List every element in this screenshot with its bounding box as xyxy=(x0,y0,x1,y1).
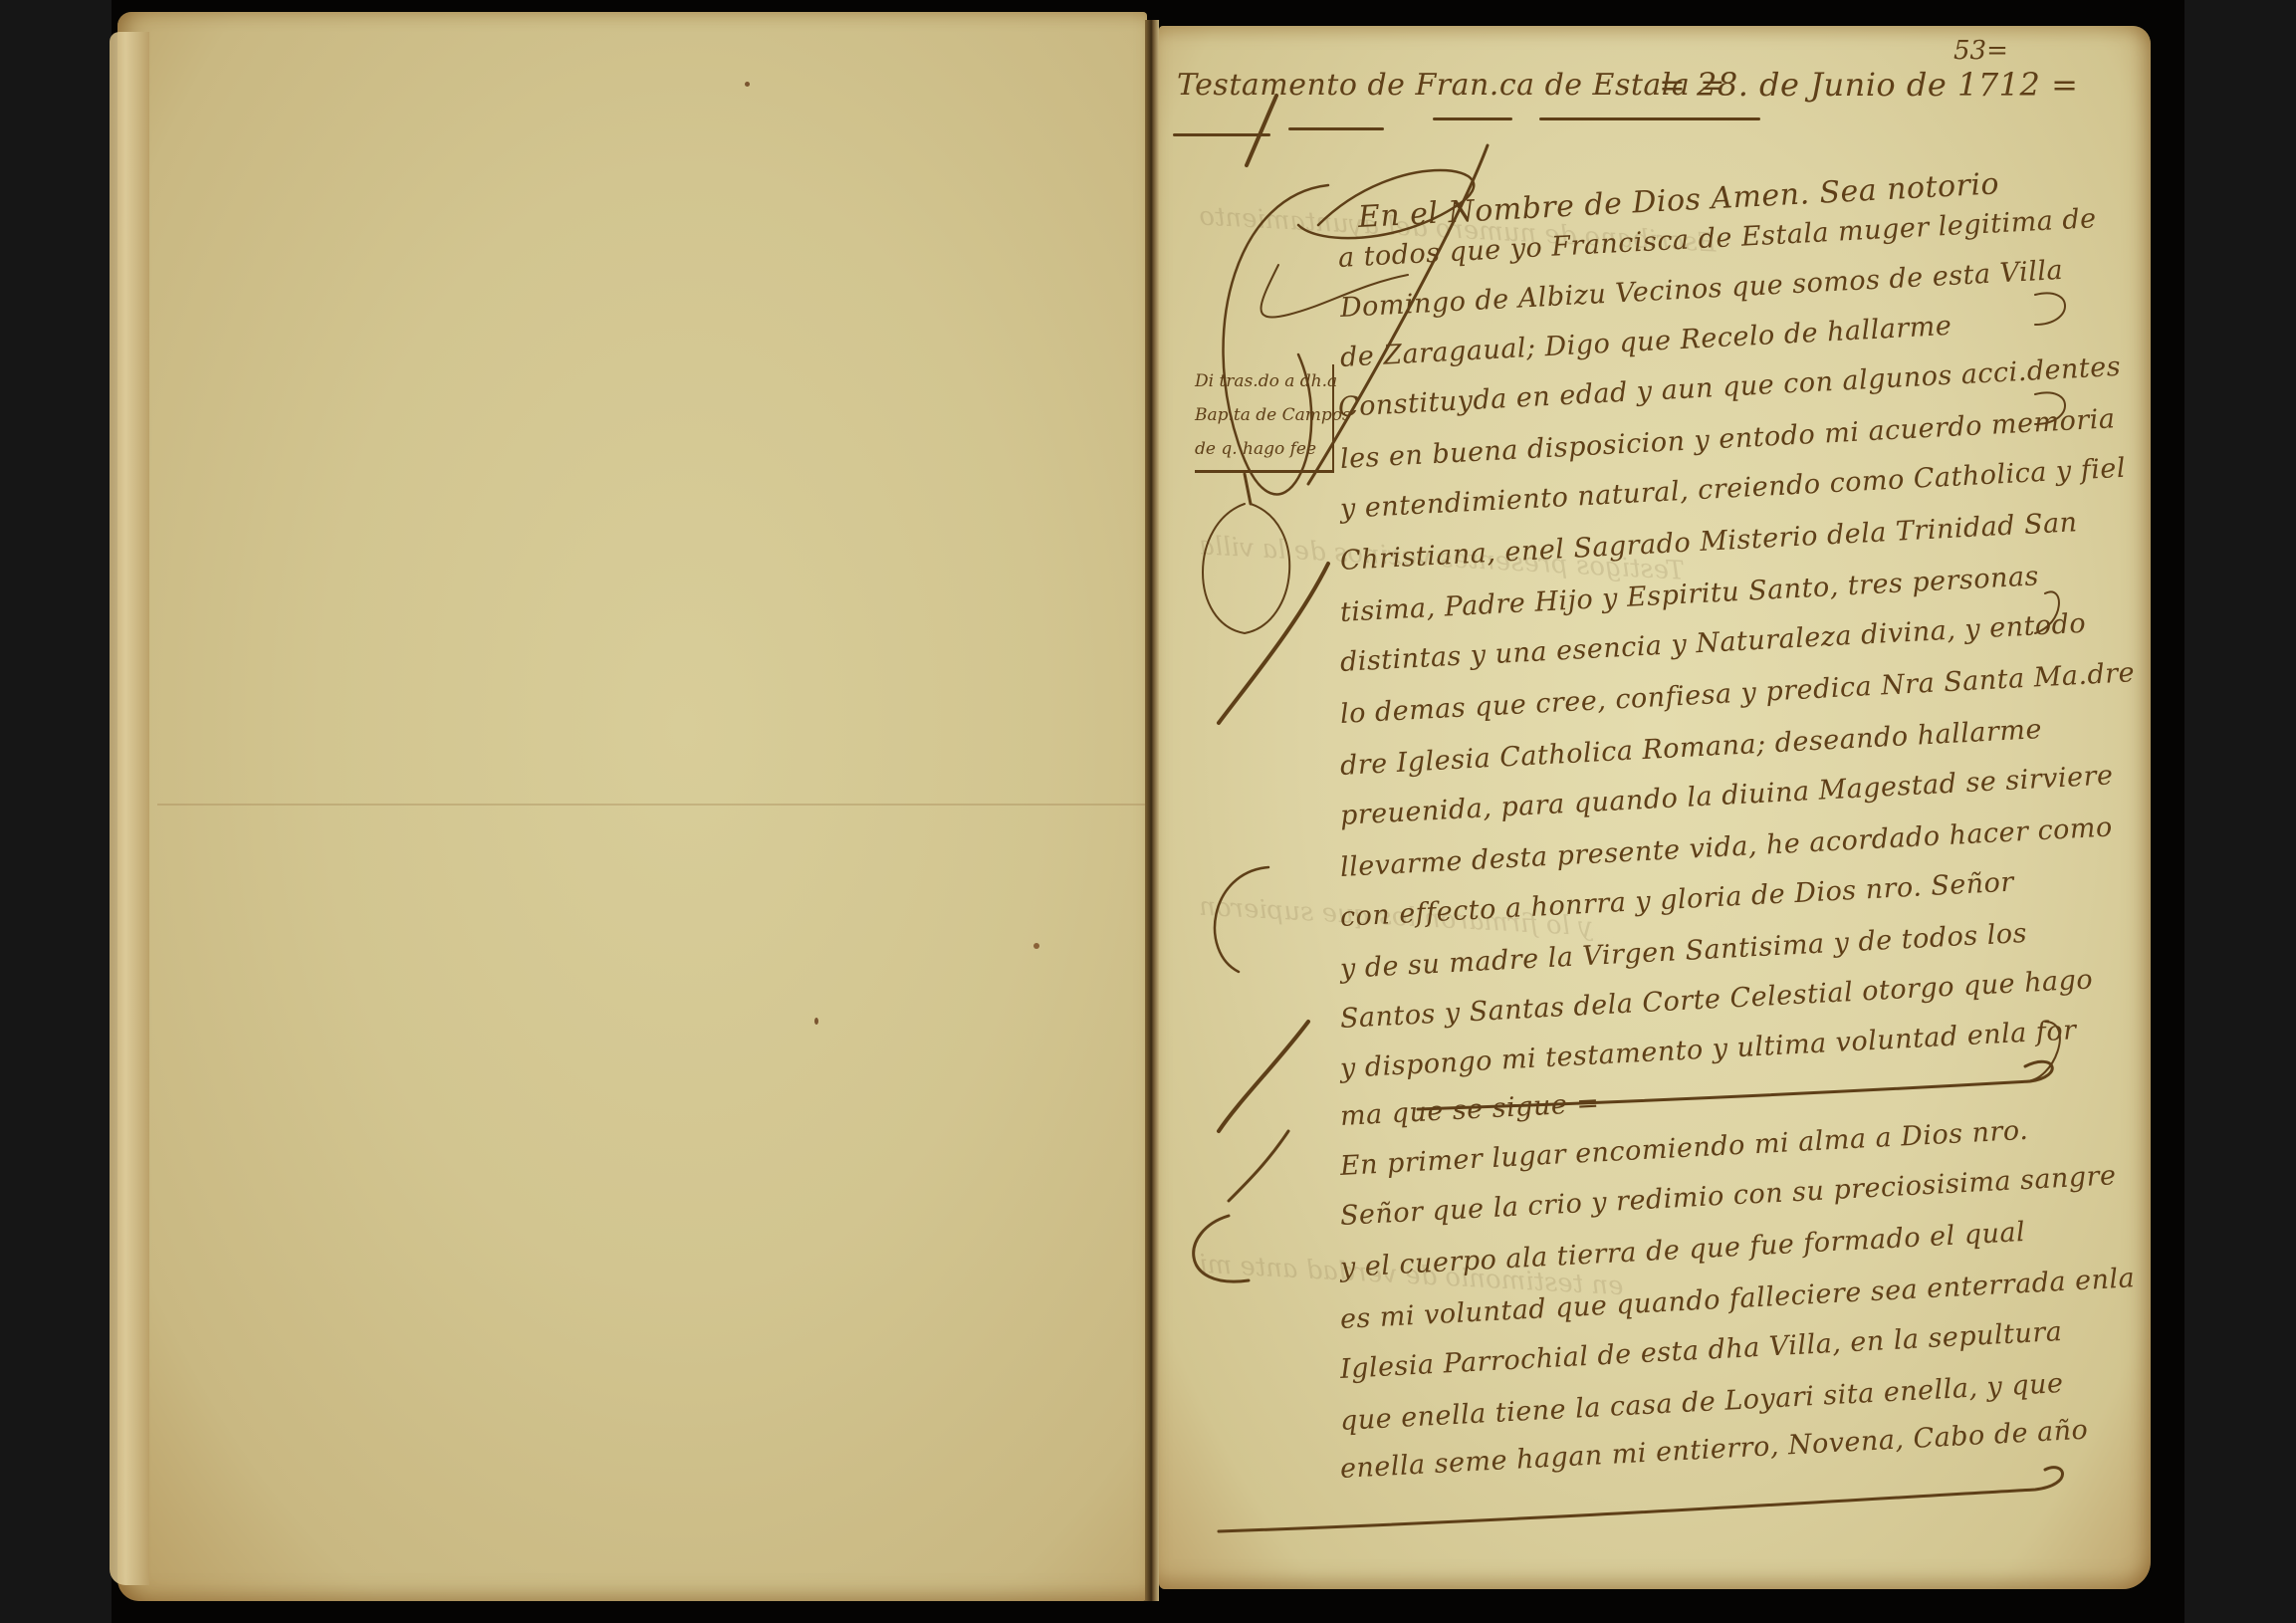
document-date: = 28. de Junio de 1712 = xyxy=(1659,66,2078,104)
folio-number: 53= xyxy=(1953,36,2008,66)
letterbox-right xyxy=(2184,0,2296,1623)
ink-spot xyxy=(745,82,750,87)
book-spine xyxy=(1145,20,1159,1601)
right-page: Escribano de numero del ayuntamiento Tes… xyxy=(1159,26,2151,1589)
title-underline xyxy=(1539,117,1760,120)
document-title: Testamento de Fran.ca de Estala = xyxy=(1177,68,1725,103)
margin-note-line: Di tras.do a dh.a xyxy=(1195,364,1332,398)
letterbox-left xyxy=(0,0,112,1623)
margin-note: Di tras.do a dh.a Bap.ta de Campos de q.… xyxy=(1195,364,1334,473)
body-line: ma que se sigue = xyxy=(1339,1087,1600,1132)
ink-spot xyxy=(814,1018,818,1025)
margin-note-line: de q. hago fee xyxy=(1195,432,1332,466)
title-underline xyxy=(1173,133,1270,136)
left-page xyxy=(117,12,1147,1601)
page-edge-stack xyxy=(110,32,149,1585)
margin-note-line: Bap.ta de Campos xyxy=(1195,398,1332,432)
paper-fold-crease xyxy=(157,804,1147,806)
ink-spot xyxy=(1033,943,1039,949)
title-underline xyxy=(1288,127,1384,130)
title-underline xyxy=(1433,117,1512,120)
